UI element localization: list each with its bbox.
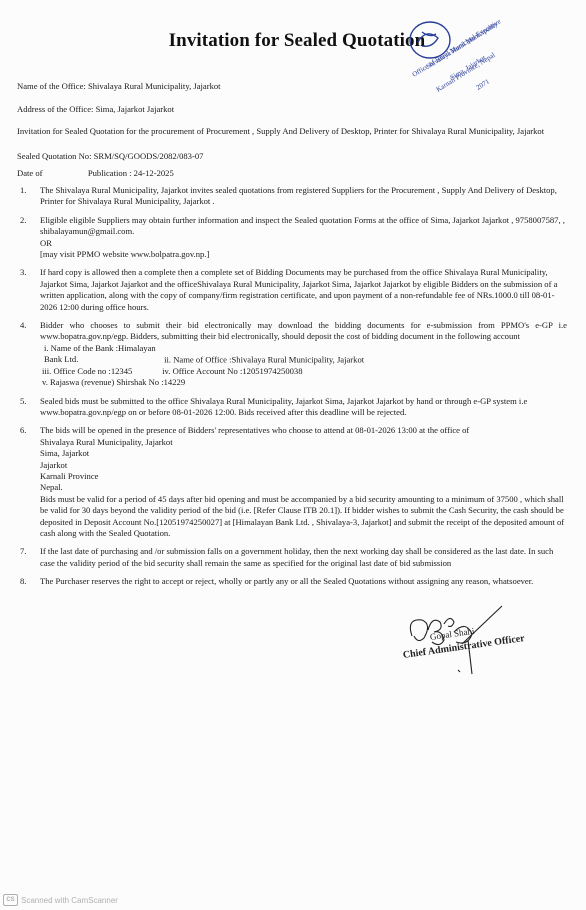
document-page: Invitation for Sealed Quotation Shivalay… xyxy=(0,0,586,910)
office-address: Address of the Office: Sima, Jajarkot Ja… xyxy=(17,104,557,115)
publication-value: Publication : 24-12-2025 xyxy=(88,168,174,178)
camscanner-logo-icon: CS xyxy=(3,894,18,906)
item-text: The Purchaser reserves the right to acce… xyxy=(40,576,533,586)
item-number: 5. xyxy=(20,396,26,407)
list-item: 3. If hard copy is allowed then a comple… xyxy=(17,267,567,313)
date-label: Date of xyxy=(17,168,43,178)
bank-account-row: i. Name of the Bank :Himalayan Bank Ltd.… xyxy=(40,343,567,366)
item-text: If hard copy is allowed then a complete … xyxy=(40,267,557,311)
opening-address-line: Sima, Jajarkot xyxy=(40,448,567,459)
list-item: 8. The Purchaser reserves the right to a… xyxy=(17,576,567,587)
office-code-row: iii. Office Code no :12345 iv. Office Ac… xyxy=(40,366,567,377)
revenue-heading: v. Rajaswa (revenue) Shirshak No :14229 xyxy=(40,377,567,388)
item-text: Eligible eligible Suppliers may obtain f… xyxy=(40,215,567,238)
opening-address-line: Karnali Province xyxy=(40,471,567,482)
item-number: 7. xyxy=(20,546,26,557)
item-number: 3. xyxy=(20,267,26,278)
bid-validity-text: Bids must be valid for a period of 45 da… xyxy=(40,494,567,540)
invitation-subject: Invitation for Sealed Quotation for the … xyxy=(17,126,562,137)
opening-address-line: Shivalaya Rural Municipality, Jajarkot xyxy=(40,437,567,448)
list-item: 6. The bids will be opened in the presen… xyxy=(17,425,567,539)
item-number: 1. xyxy=(20,185,26,196)
terms-list: 1. The Shivalaya Rural Municipality, Jaj… xyxy=(17,185,567,595)
office-account-number: iv. Office Account No :12051974250038 xyxy=(162,366,302,376)
list-item: 7. If the last date of purchasing and /o… xyxy=(17,546,567,569)
item-number: 8. xyxy=(20,576,26,587)
item-number: 2. xyxy=(20,215,26,226)
item-number: 4. xyxy=(20,320,26,331)
ppmo-website-link: [may visit PPMO website www.bolpatra.gov… xyxy=(40,249,567,260)
list-item: 5. Sealed bids must be submitted to the … xyxy=(17,396,567,419)
quotation-number: Sealed Quotation No: SRM/SQ/GOODS/2082/0… xyxy=(17,151,557,162)
office-name: Name of the Office: Shivalaya Rural Muni… xyxy=(17,81,557,92)
list-item: 1. The Shivalaya Rural Municipality, Jaj… xyxy=(17,185,567,208)
publication-date: Date of Publication : 24-12-2025 xyxy=(17,168,557,179)
item-text: The Shivalaya Rural Municipality, Jajark… xyxy=(40,185,557,206)
item-text: The bids will be opened in the presence … xyxy=(40,425,567,436)
title-text: Invitation for Sealed Quotation xyxy=(169,30,426,52)
item-text: Bidder who chooses to submit their bid e… xyxy=(40,320,567,343)
account-office-name: ii. Name of Office :Shivalaya Rural Muni… xyxy=(164,354,364,364)
item-text: Sealed bids must be submitted to the off… xyxy=(40,396,527,417)
opening-address-line: Jajarkot xyxy=(40,460,567,471)
scanner-watermark: CS Scanned with CamScanner xyxy=(3,894,118,906)
item-text: If the last date of purchasing and /or s… xyxy=(40,546,553,567)
opening-address-line: Nepal. xyxy=(40,482,567,493)
office-code: iii. Office Code no :12345 xyxy=(42,366,160,377)
watermark-text: Scanned with CamScanner xyxy=(21,896,118,905)
bank-name: i. Name of the Bank :Himalayan Bank Ltd. xyxy=(42,343,162,366)
list-item: 2. Eligible eligible Suppliers may obtai… xyxy=(17,215,567,261)
list-item: 4. Bidder who chooses to submit their bi… xyxy=(17,320,567,388)
item-number: 6. xyxy=(20,425,26,436)
item-or: OR xyxy=(40,238,567,249)
